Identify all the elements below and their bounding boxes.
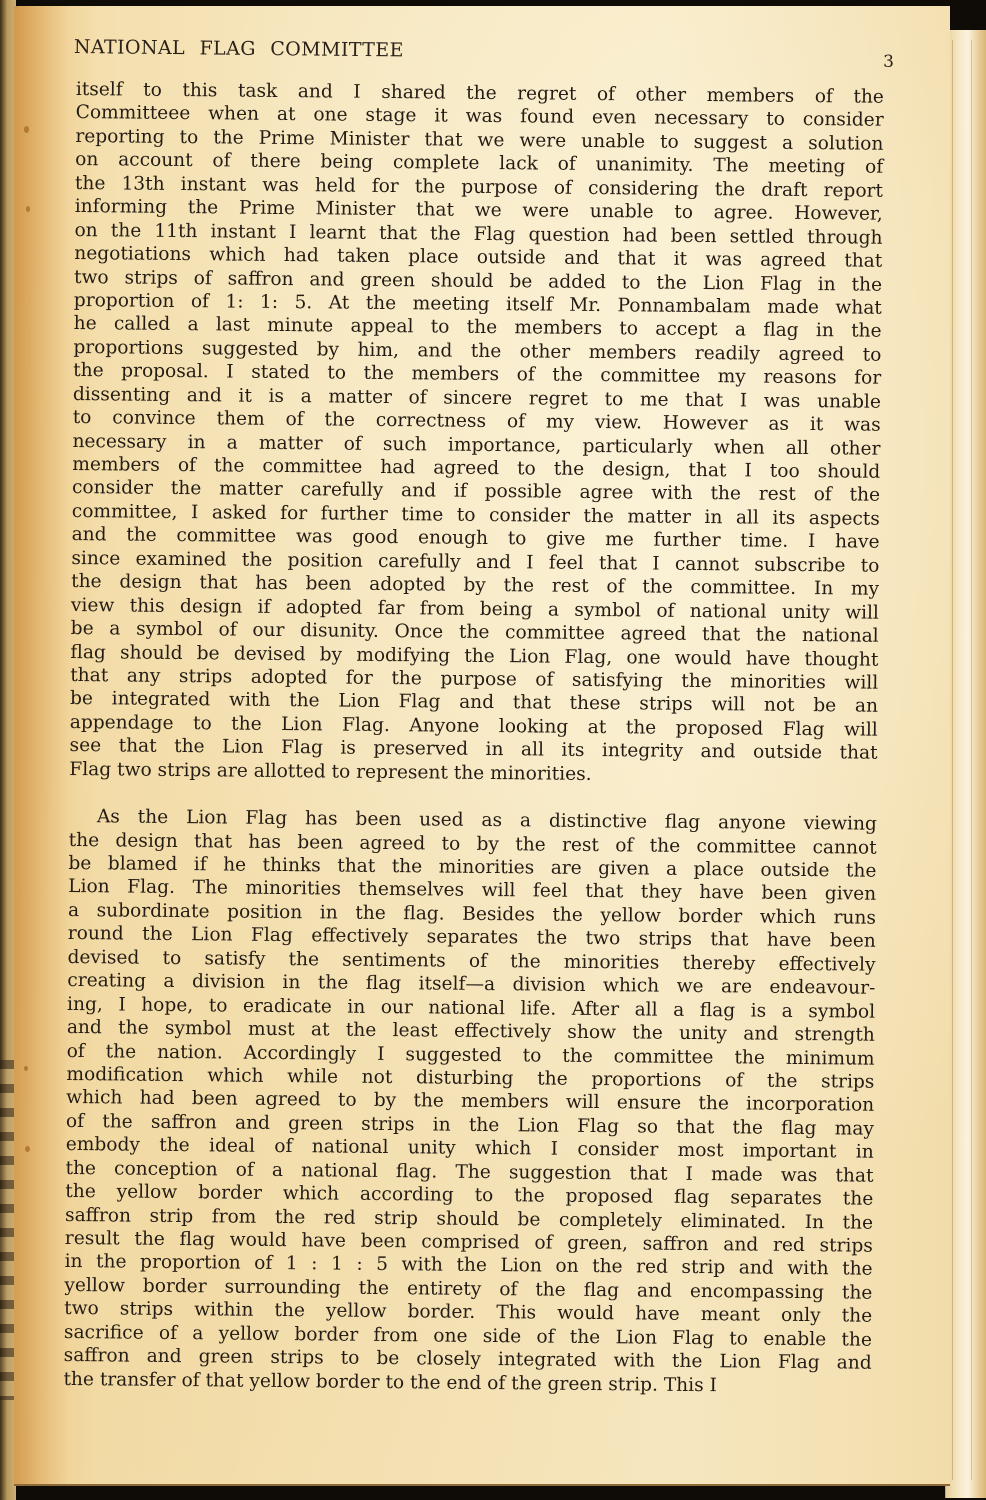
stain-spot — [24, 126, 29, 133]
stacked-page-edge-lines — [952, 40, 972, 1480]
facing-page-text-fragment — [0, 1060, 14, 1400]
body-text: itself to this task and I shared the reg… — [63, 78, 884, 1399]
gutter-stain — [14, 6, 68, 1484]
page-number: 3 — [883, 52, 894, 72]
stain-spot — [24, 1066, 28, 1071]
stain-spot — [25, 1146, 30, 1152]
paragraph: As the Lion Flag has been used as a dist… — [63, 805, 877, 1399]
stain-spot — [26, 206, 30, 212]
scanned-page-photo: NATIONAL FLAG COMMITTEE 3 itself to this… — [0, 0, 986, 1500]
page-header: NATIONAL FLAG COMMITTEE 3 — [74, 36, 874, 76]
running-head: NATIONAL FLAG COMMITTEE — [74, 36, 404, 61]
book-page: NATIONAL FLAG COMMITTEE 3 itself to this… — [14, 6, 950, 1486]
paragraph: itself to this task and I shared the reg… — [69, 78, 884, 789]
